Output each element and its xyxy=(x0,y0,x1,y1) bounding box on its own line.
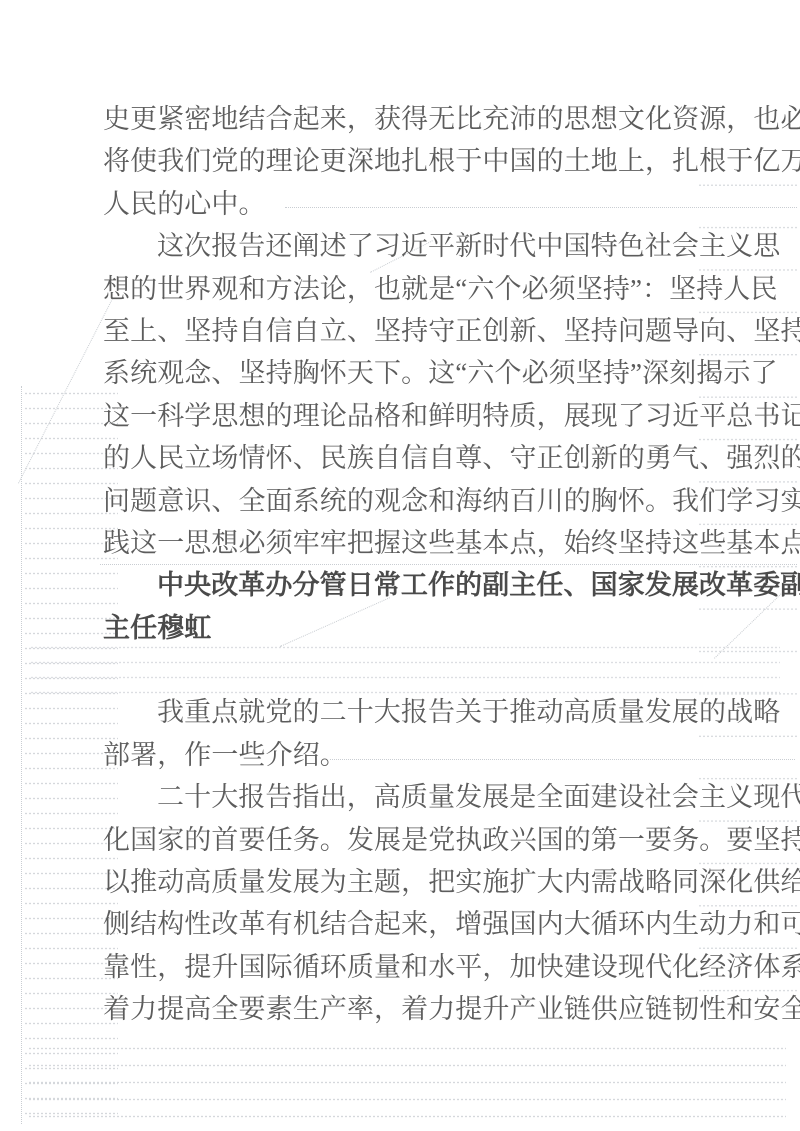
document-page: 史更紧密地结合起来，获得无比充沛的思想文化资源，也必 将使我们党的理论更深地扎根… xyxy=(0,0,800,1131)
text-line: 系统观念、坚持胸怀天下。这“六个必须坚持”深刻揭示了 xyxy=(103,352,723,394)
text-line: 部署，作一些介绍。 xyxy=(103,734,723,776)
blank-line xyxy=(103,649,723,691)
speaker-heading-line: 主任穆虹 xyxy=(103,607,723,649)
text-line-paragraph-start: 这次报告还阐述了习近平新时代中国特色社会主义思 xyxy=(103,225,723,267)
text-line: 人民的心中。 xyxy=(103,183,723,225)
text-line: 践这一思想必须牢牢把握这些基本点，始终坚持这些基本点。 xyxy=(103,522,723,564)
text-line: 史更紧密地结合起来，获得无比充沛的思想文化资源，也必 xyxy=(103,98,723,140)
text-line: 靠性，提升国际循环质量和水平，加快建设现代化经济体系， xyxy=(103,946,723,988)
text-line: 着力提高全要素生产率，着力提升产业链供应链韧性和安全 xyxy=(103,988,723,1030)
text-line-paragraph-start: 我重点就党的二十大报告关于推动高质量发展的战略 xyxy=(103,691,723,733)
text-line: 想的世界观和方法论，也就是“六个必须坚持”：坚持人民 xyxy=(103,268,723,310)
text-line: 将使我们党的理论更深地扎根于中国的土地上，扎根于亿万 xyxy=(103,140,723,182)
text-line: 以推动高质量发展为主题，把实施扩大内需战略同深化供给 xyxy=(103,861,723,903)
text-line: 至上、坚持自信自立、坚持守正创新、坚持问题导向、坚持 xyxy=(103,310,723,352)
speaker-heading-line: 中央改革办分管日常工作的副主任、国家发展改革委副 xyxy=(103,564,723,606)
text-line: 这一科学思想的理论品格和鲜明特质，展现了习近平总书记 xyxy=(103,395,723,437)
text-line: 侧结构性改革有机结合起来，增强国内大循环内生动力和可 xyxy=(103,903,723,945)
text-line-paragraph-start: 二十大报告指出，高质量发展是全面建设社会主义现代 xyxy=(103,776,723,818)
scan-artifact-diagonal-line xyxy=(18,299,113,484)
text-line: 的人民立场情怀、民族自信自尊、守正创新的勇气、强烈的 xyxy=(103,437,723,479)
scan-artifact-left-vertical-line xyxy=(21,386,22,1124)
text-line: 化国家的首要任务。发展是党执政兴国的第一要务。要坚持 xyxy=(103,819,723,861)
text-line: 问题意识、全面系统的观念和海纳百川的胸怀。我们学习实 xyxy=(103,480,723,522)
page-content: 史更紧密地结合起来，获得无比充沛的思想文化资源，也必 将使我们党的理论更深地扎根… xyxy=(103,98,723,1031)
scan-artifact-bottom-dotted-lines xyxy=(28,1040,786,1126)
